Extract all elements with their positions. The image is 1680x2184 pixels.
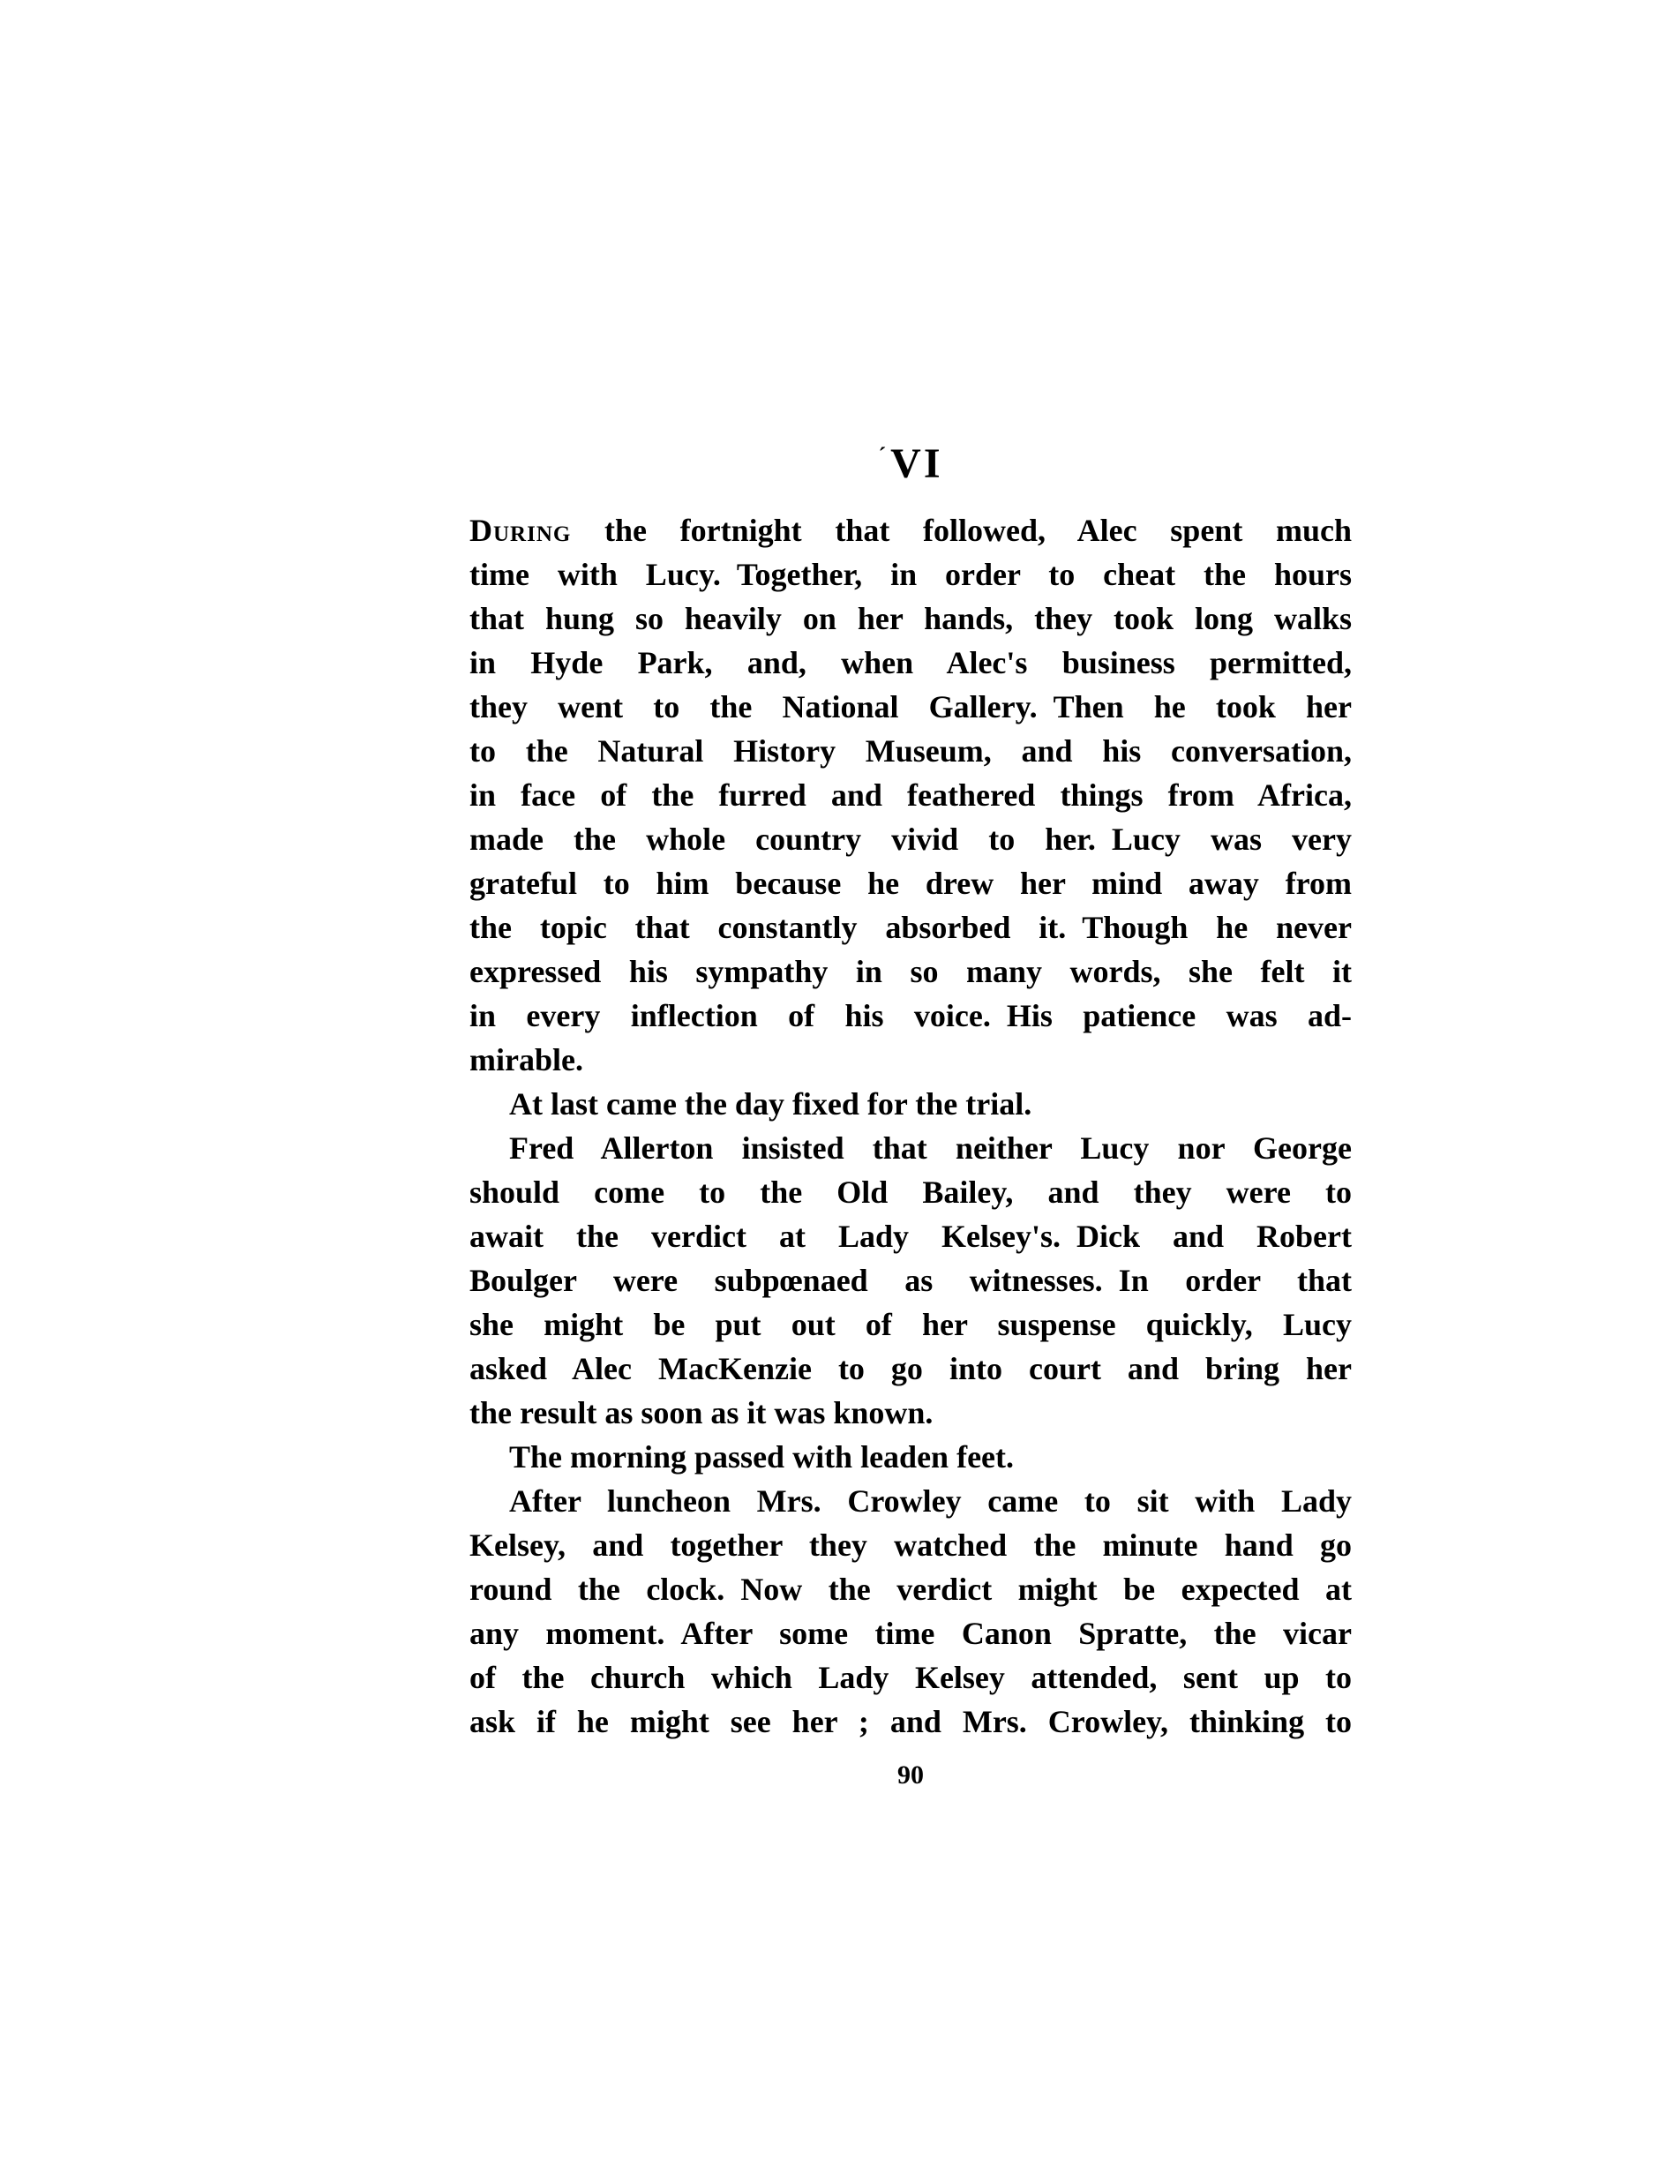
paragraph: Fred Allerton insisted that neither Lucy…: [469, 1126, 1352, 1435]
text-line: mirable.: [469, 1038, 1352, 1082]
text-line: The morning passed with leaden feet.: [469, 1435, 1352, 1479]
text-line: in face of the furred and feathered thin…: [469, 773, 1352, 817]
text-line: round the clock. Now the verdict might b…: [469, 1567, 1352, 1611]
text-line: to the Natural History Museum, and his c…: [469, 729, 1352, 773]
paragraph: The morning passed with leaden feet.: [469, 1435, 1352, 1479]
text-line: ask if he might see her ; and Mrs. Crowl…: [469, 1700, 1352, 1744]
text-line: they went to the National Gallery. Then …: [469, 685, 1352, 729]
text-line: expressed his sympathy in so many words,…: [469, 949, 1352, 994]
page-number: 90: [469, 1760, 1352, 1791]
text-line: time with Lucy. Together, in order to ch…: [469, 552, 1352, 597]
text-line: asked Alec MacKenzie to go into court an…: [469, 1347, 1352, 1391]
text-line: in Hyde Park, and, when Alec's business …: [469, 641, 1352, 685]
text-line: During the fortnight that followed, Alec…: [469, 508, 1352, 552]
text-line: that hung so heavily on her hands, they …: [469, 597, 1352, 641]
paragraph: After luncheon Mrs. Crowley came to sit …: [469, 1479, 1352, 1744]
chapter-number: VI: [890, 440, 942, 487]
text-line: should come to the Old Bailey, and they …: [469, 1170, 1352, 1214]
chapter-heading: ´VI: [469, 441, 1352, 487]
text-line: any moment. After some time Canon Spratt…: [469, 1611, 1352, 1655]
text-line: the topic that constantly absorbed it. T…: [469, 905, 1352, 949]
text-line: the result as soon as it was known.: [469, 1391, 1352, 1435]
book-page: ´VI During the fortnight that followed, …: [0, 0, 1680, 2184]
text-line: Fred Allerton insisted that neither Lucy…: [469, 1126, 1352, 1170]
text-line: await the verdict at Lady Kelsey's. Dick…: [469, 1214, 1352, 1258]
stray-tick-mark: ´: [878, 433, 889, 479]
text-line: of the church which Lady Kelsey attended…: [469, 1655, 1352, 1700]
paragraph: During the fortnight that followed, Alec…: [469, 508, 1352, 1082]
body-text: During the fortnight that followed, Alec…: [469, 508, 1352, 1744]
text-line: in every inflection of his voice. His pa…: [469, 994, 1352, 1038]
text-line: made the whole country vivid to her. Luc…: [469, 817, 1352, 861]
paragraph: At last came the day fixed for the trial…: [469, 1082, 1352, 1126]
text-line: Kelsey, and together they watched the mi…: [469, 1523, 1352, 1567]
text-block: ´VI During the fortnight that followed, …: [469, 441, 1352, 1791]
text-line: At last came the day fixed for the trial…: [469, 1082, 1352, 1126]
text-line: After luncheon Mrs. Crowley came to sit …: [469, 1479, 1352, 1523]
text-line: Boulger were subpœnaed as witnesses. In …: [469, 1258, 1352, 1302]
text-line: grateful to him because he drew her mind…: [469, 861, 1352, 905]
text-line: she might be put out of her suspense qui…: [469, 1302, 1352, 1347]
lead-word-small-caps: During: [469, 513, 571, 548]
